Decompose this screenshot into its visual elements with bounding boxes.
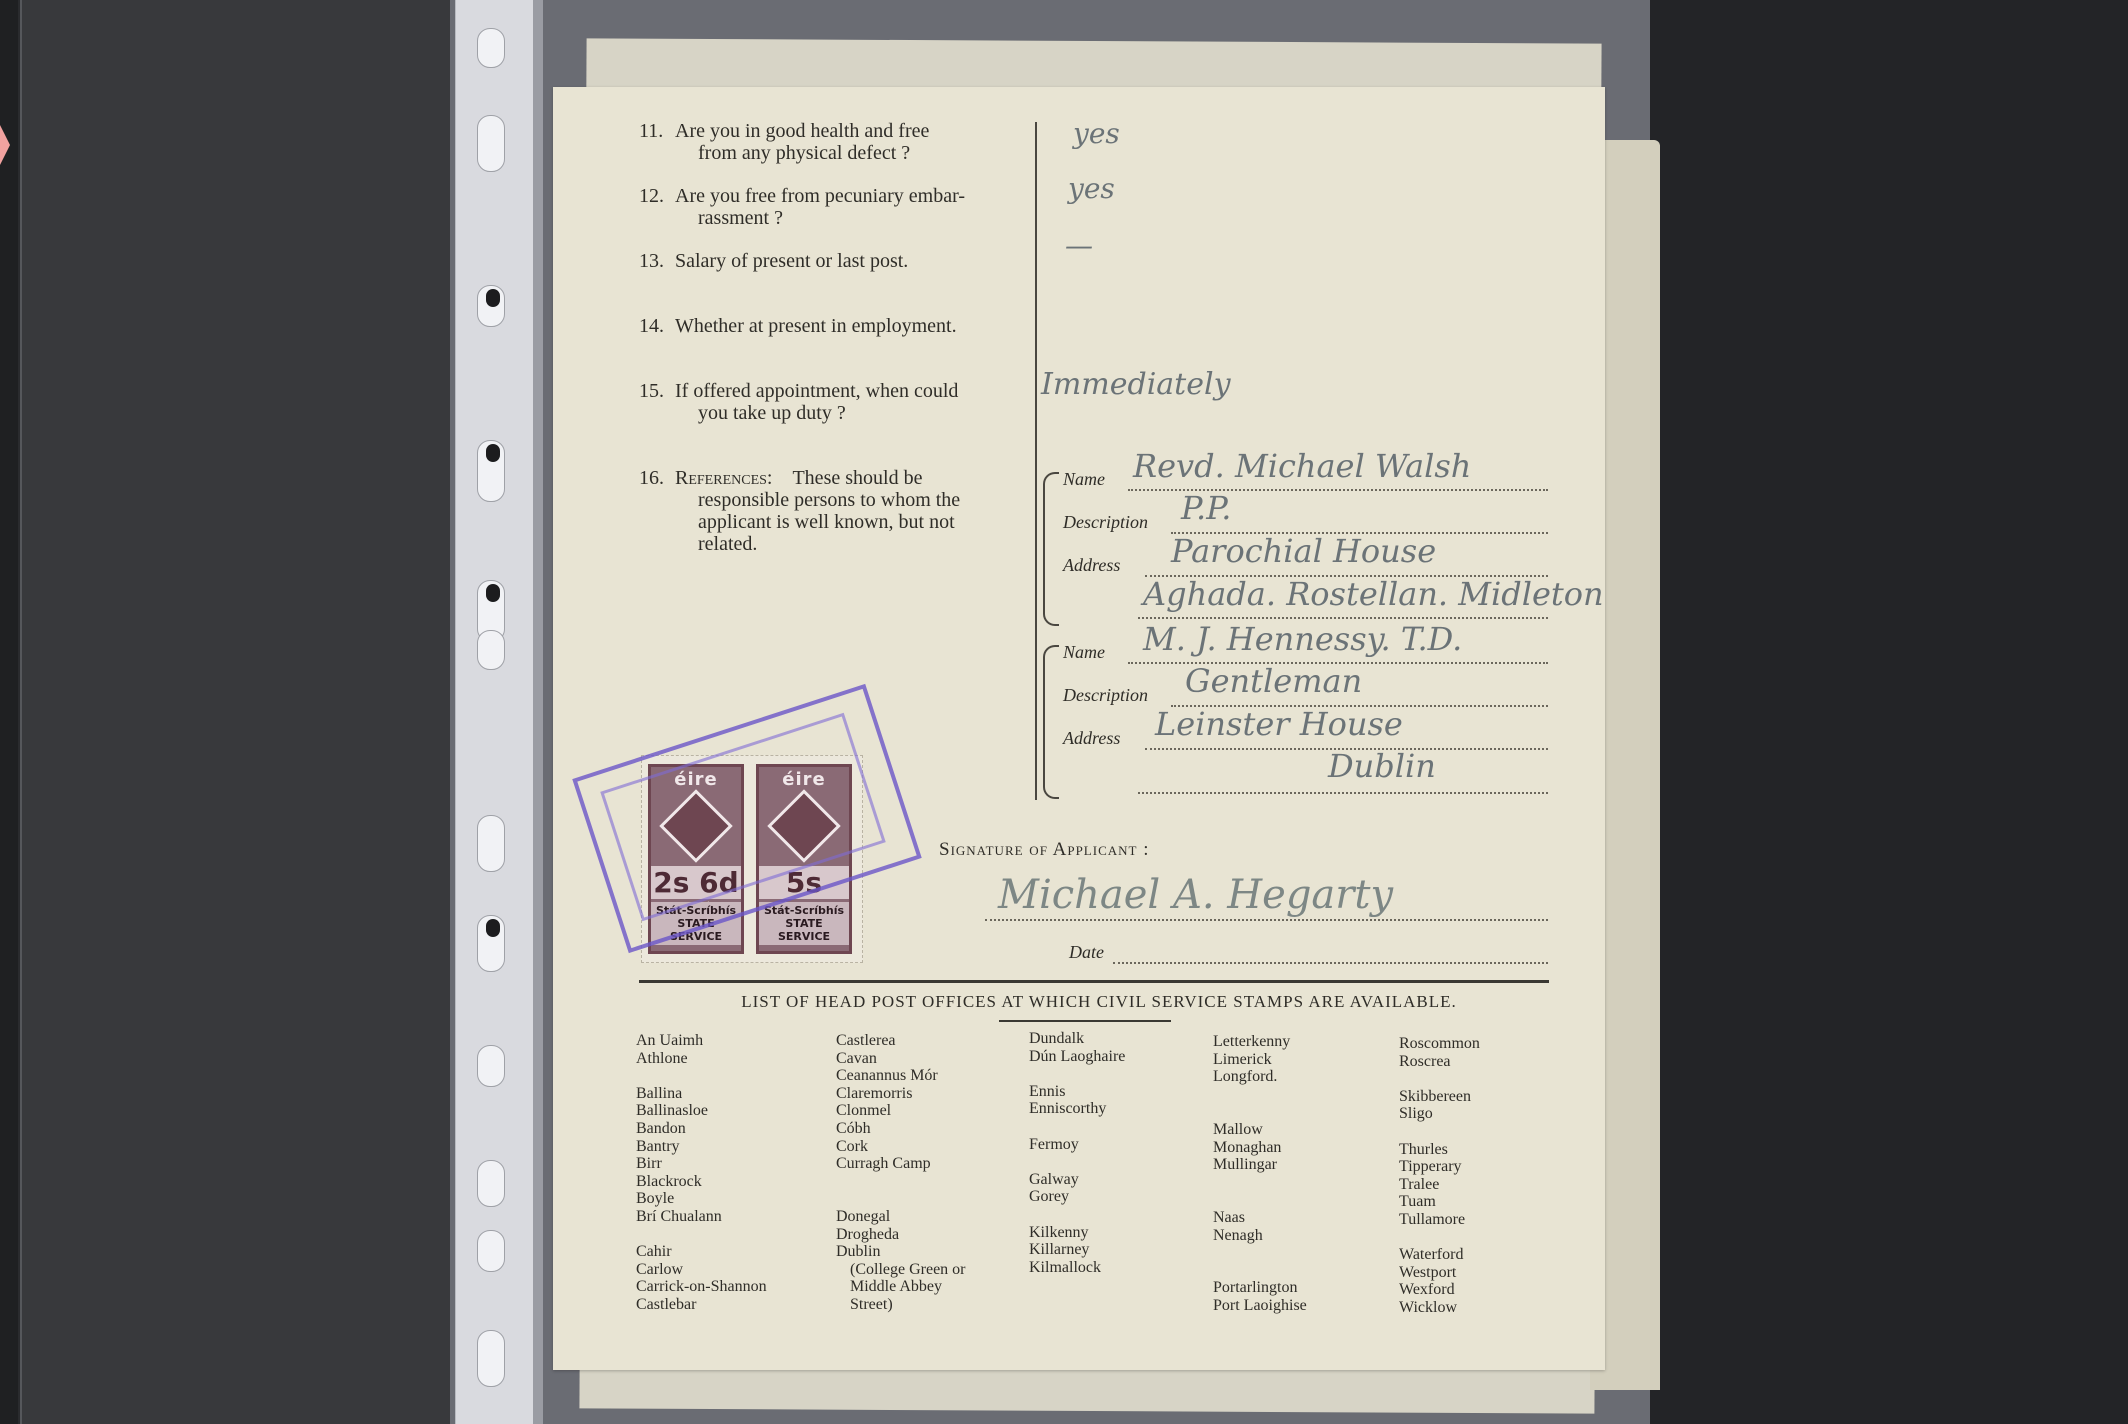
punch-hole: [477, 815, 505, 872]
stamp-service-english: STATE SERVICE: [778, 917, 830, 943]
post-office-item: Wicklow: [1399, 1299, 1480, 1317]
question-text: Are you in good health and free: [675, 120, 929, 142]
post-office-item: Dublin: [836, 1243, 966, 1261]
post-office-item: Cork: [836, 1138, 966, 1156]
question-text: from any physical defect ?: [639, 142, 1029, 164]
reference-1-address-line2[interactable]: Aghada. Rostellan. Midleton: [1143, 575, 1604, 613]
post-office-item: Gorey: [1029, 1188, 1125, 1206]
question-13: 13.Salary of present or last post.: [639, 250, 1029, 272]
list-spacer: [1213, 1262, 1307, 1280]
list-spacer: [836, 1173, 966, 1191]
post-office-item: Naas: [1213, 1209, 1307, 1227]
post-office-item: Mallow: [1213, 1121, 1307, 1139]
post-office-item: Middle Abbey: [836, 1278, 966, 1296]
answer-12: yes: [1068, 172, 1115, 205]
list-spacer: [836, 1190, 966, 1208]
stamp-service-irish: Stát-Scríbhís: [764, 904, 844, 917]
list-spacer: [1399, 1070, 1480, 1088]
reference-1-brace: [1043, 472, 1059, 626]
question-text: Whether at present in employment.: [675, 315, 957, 337]
answer-11: yes: [1073, 117, 1120, 150]
post-office-item: Brí Chualann: [636, 1208, 767, 1226]
post-office-item: Bantry: [636, 1138, 767, 1156]
post-office-item: Curragh Camp: [836, 1155, 966, 1173]
list-spacer: [1213, 1086, 1307, 1104]
post-office-item: Cóbh: [836, 1120, 966, 1138]
album-page-right: [1650, 0, 2128, 1424]
punch-hole: [477, 1330, 505, 1387]
question-text: you take up duty ?: [639, 402, 1029, 424]
reference-1-address-line1[interactable]: Parochial House: [1171, 532, 1436, 570]
question-15: 15.If offered appointment, when could yo…: [639, 380, 1029, 424]
question-text: Are you free from pecuniary embar-: [675, 185, 965, 207]
list-spacer: [1399, 1229, 1480, 1247]
post-office-item: Castlebar: [636, 1296, 767, 1314]
question-text: rassment ?: [639, 207, 1029, 229]
post-office-item: Waterford: [1399, 1246, 1480, 1264]
reference-2-name[interactable]: M. J. Hennessy. T.D.: [1143, 620, 1462, 658]
list-spacer: [1029, 1065, 1125, 1083]
post-office-item: Sligo: [1399, 1105, 1480, 1123]
post-office-item: Dundalk: [1029, 1030, 1125, 1048]
question-12: 12.Are you free from pecuniary embar- ra…: [639, 185, 1029, 229]
post-office-item: Clonmel: [836, 1102, 966, 1120]
post-office-item: Castlerea: [836, 1032, 966, 1050]
column-divider: [1035, 122, 1037, 800]
question-text: responsible persons to whom the: [639, 489, 1029, 511]
post-office-item: Limerick: [1213, 1051, 1307, 1069]
sleeve-edge: [533, 0, 543, 1424]
reference-1-name[interactable]: Revd. Michael Walsh: [1133, 447, 1471, 485]
post-office-item: Cahir: [636, 1243, 767, 1261]
post-office-item: Carrick-on-Shannon: [636, 1278, 767, 1296]
post-office-list-title: LIST OF HEAD POST OFFICES AT WHICH CIVIL…: [639, 992, 1559, 1012]
dotted-line: [1138, 792, 1548, 794]
post-office-column-3: DundalkDún Laoghaire EnnisEnniscorthy Fe…: [1029, 1030, 1125, 1276]
post-office-item: Killarney: [1029, 1241, 1125, 1259]
list-spacer: [636, 1067, 767, 1085]
question-number: 11.: [639, 120, 675, 142]
question-text: related.: [639, 533, 1029, 555]
post-office-item: Port Laoighise: [1213, 1297, 1307, 1315]
signature-label: Signature of Applicant :: [939, 839, 1150, 861]
answer-13: —: [1065, 229, 1093, 262]
punch-hole: [477, 1230, 505, 1272]
post-office-item: Tralee: [1399, 1176, 1480, 1194]
post-office-column-2: CastlereaCavanCeanannus MórClaremorrisCl…: [836, 1032, 966, 1314]
reference-2-description[interactable]: Gentleman: [1185, 662, 1362, 700]
list-spacer: [1213, 1174, 1307, 1192]
post-office-column-4: LetterkennyLimerickLongford. MallowMonag…: [1213, 1033, 1307, 1315]
list-spacer: [1213, 1103, 1307, 1121]
question-number: 12.: [639, 185, 675, 207]
album-page-left: [20, 0, 452, 1424]
post-office-item: Dún Laoghaire: [1029, 1048, 1125, 1066]
post-office-item: Monaghan: [1213, 1139, 1307, 1157]
post-office-item: Kilmallock: [1029, 1259, 1125, 1277]
sleeve-punch-strip: [455, 0, 534, 1424]
punch-hole: [477, 285, 505, 327]
binder-edge: [0, 0, 18, 1424]
post-office-item: Ceanannus Mór: [836, 1067, 966, 1085]
dotted-line: [1138, 617, 1548, 619]
post-office-item: Longford.: [1213, 1068, 1307, 1086]
post-office-item: Bandon: [636, 1120, 767, 1138]
post-office-item: Portarlington: [1213, 1279, 1307, 1297]
post-office-item: Tuam: [1399, 1193, 1480, 1211]
date-label: Date: [1069, 942, 1104, 963]
date-field[interactable]: [1113, 962, 1548, 964]
signature-line: [985, 919, 1548, 921]
reference-1-description[interactable]: P.P.: [1181, 489, 1231, 527]
post-office-item: Birr: [636, 1155, 767, 1173]
post-office-item: Carlow: [636, 1261, 767, 1279]
post-office-item: An Uaimh: [636, 1032, 767, 1050]
list-spacer: [1213, 1191, 1307, 1209]
answer-15: Immediately: [1041, 367, 1231, 402]
title-underline: [999, 1020, 1171, 1022]
post-office-item: Ennis: [1029, 1083, 1125, 1101]
post-office-item: Ballina: [636, 1085, 767, 1103]
question-14: 14.Whether at present in employment.: [639, 315, 1029, 337]
question-text: These should be: [792, 467, 922, 489]
question-text: Salary of present or last post.: [675, 250, 908, 272]
post-office-item: Boyle: [636, 1190, 767, 1208]
post-office-item: Claremorris: [836, 1085, 966, 1103]
post-office-item: Letterkenny: [1213, 1033, 1307, 1051]
list-spacer: [1029, 1153, 1125, 1171]
applicant-signature[interactable]: Michael A. Hegarty: [998, 872, 1393, 918]
list-spacer: [636, 1226, 767, 1244]
punch-hole: [477, 28, 505, 68]
post-office-column-5: RoscommonRoscrea SkibbereenSligo Thurles…: [1399, 1035, 1480, 1317]
reference-1-description-label: Description: [1063, 512, 1563, 533]
post-office-item: Roscrea: [1399, 1053, 1480, 1071]
post-office-item: Kilkenny: [1029, 1224, 1125, 1242]
list-spacer: [1399, 1123, 1480, 1141]
post-office-item: Tullamore: [1399, 1211, 1480, 1229]
list-spacer: [1213, 1244, 1307, 1262]
stamp-service: Stát-ScríbhísSTATE SERVICE: [759, 902, 849, 945]
post-office-item: Cavan: [836, 1050, 966, 1068]
post-office-column-1: An UaimhAthlone BallinaBallinasloeBandon…: [636, 1032, 767, 1314]
question-text: If offered appointment, when could: [675, 380, 958, 402]
post-office-item: Fermoy: [1029, 1136, 1125, 1154]
question-number: 14.: [639, 315, 675, 337]
post-office-item: Mullingar: [1213, 1156, 1307, 1174]
post-office-item: Blackrock: [636, 1173, 767, 1191]
post-office-item: Westport: [1399, 1264, 1480, 1282]
post-office-item: Nenagh: [1213, 1227, 1307, 1245]
post-office-item: (College Green or: [836, 1261, 966, 1279]
question-number: 16.: [639, 467, 675, 489]
question-11: 11.Are you in good health and free from …: [639, 120, 1029, 164]
post-office-item: Skibbereen: [1399, 1088, 1480, 1106]
punch-hole: [477, 915, 505, 972]
punch-hole: [477, 440, 505, 502]
post-office-item: Thurles: [1399, 1141, 1480, 1159]
punch-hole: [477, 1045, 505, 1087]
reference-2-address-line1[interactable]: Leinster House: [1155, 705, 1403, 743]
post-office-item: Enniscorthy: [1029, 1100, 1125, 1118]
section-divider: [639, 980, 1549, 983]
post-office-item: Ballinasloe: [636, 1102, 767, 1120]
post-office-item: Athlone: [636, 1050, 767, 1068]
list-spacer: [1029, 1118, 1125, 1136]
post-office-item: Tipperary: [1399, 1158, 1480, 1176]
references-heading: References:: [675, 467, 772, 489]
question-number: 13.: [639, 250, 675, 272]
punch-hole: [477, 1160, 505, 1207]
application-form-page: 11.Are you in good health and free from …: [553, 87, 1605, 1370]
punch-hole: [477, 115, 505, 172]
reference-2-brace: [1043, 645, 1059, 799]
question-number: 15.: [639, 380, 675, 402]
punch-hole: [477, 630, 505, 670]
post-office-item: Wexford: [1399, 1281, 1480, 1299]
post-office-item: Donegal: [836, 1208, 966, 1226]
reference-2-address-line2[interactable]: Dublin: [1328, 747, 1436, 785]
question-text: applicant is well known, but not: [639, 511, 1029, 533]
question-16: 16.References: These should be responsib…: [639, 467, 1029, 555]
list-spacer: [1029, 1206, 1125, 1224]
post-office-item: Street): [836, 1296, 966, 1314]
post-office-item: Galway: [1029, 1171, 1125, 1189]
post-office-item: Roscommon: [1399, 1035, 1480, 1053]
post-office-item: Drogheda: [836, 1226, 966, 1244]
